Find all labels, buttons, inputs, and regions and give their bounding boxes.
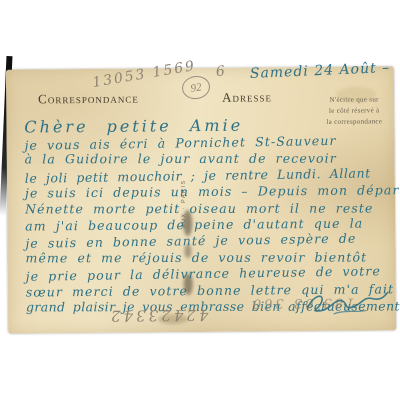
letter-line: Nénette morte petit oiseau mort il ne re… (25, 200, 393, 217)
handwritten-date: Samedi 24 Août – (249, 60, 390, 82)
pencil-number-upside-down-left: 42423342 (108, 306, 209, 325)
adresse-header: Adresse (222, 89, 272, 105)
postcard-back: 13053 1569 92 6 Samedi 24 Août – Corresp… (6, 66, 396, 333)
correspondance-header: Correspondance (38, 91, 139, 108)
signature-flourish (304, 286, 390, 317)
circled-number: 92 (180, 74, 211, 101)
small-pencil-number: 6 (215, 63, 226, 80)
notice-line: N'écrire que sur (312, 94, 396, 106)
